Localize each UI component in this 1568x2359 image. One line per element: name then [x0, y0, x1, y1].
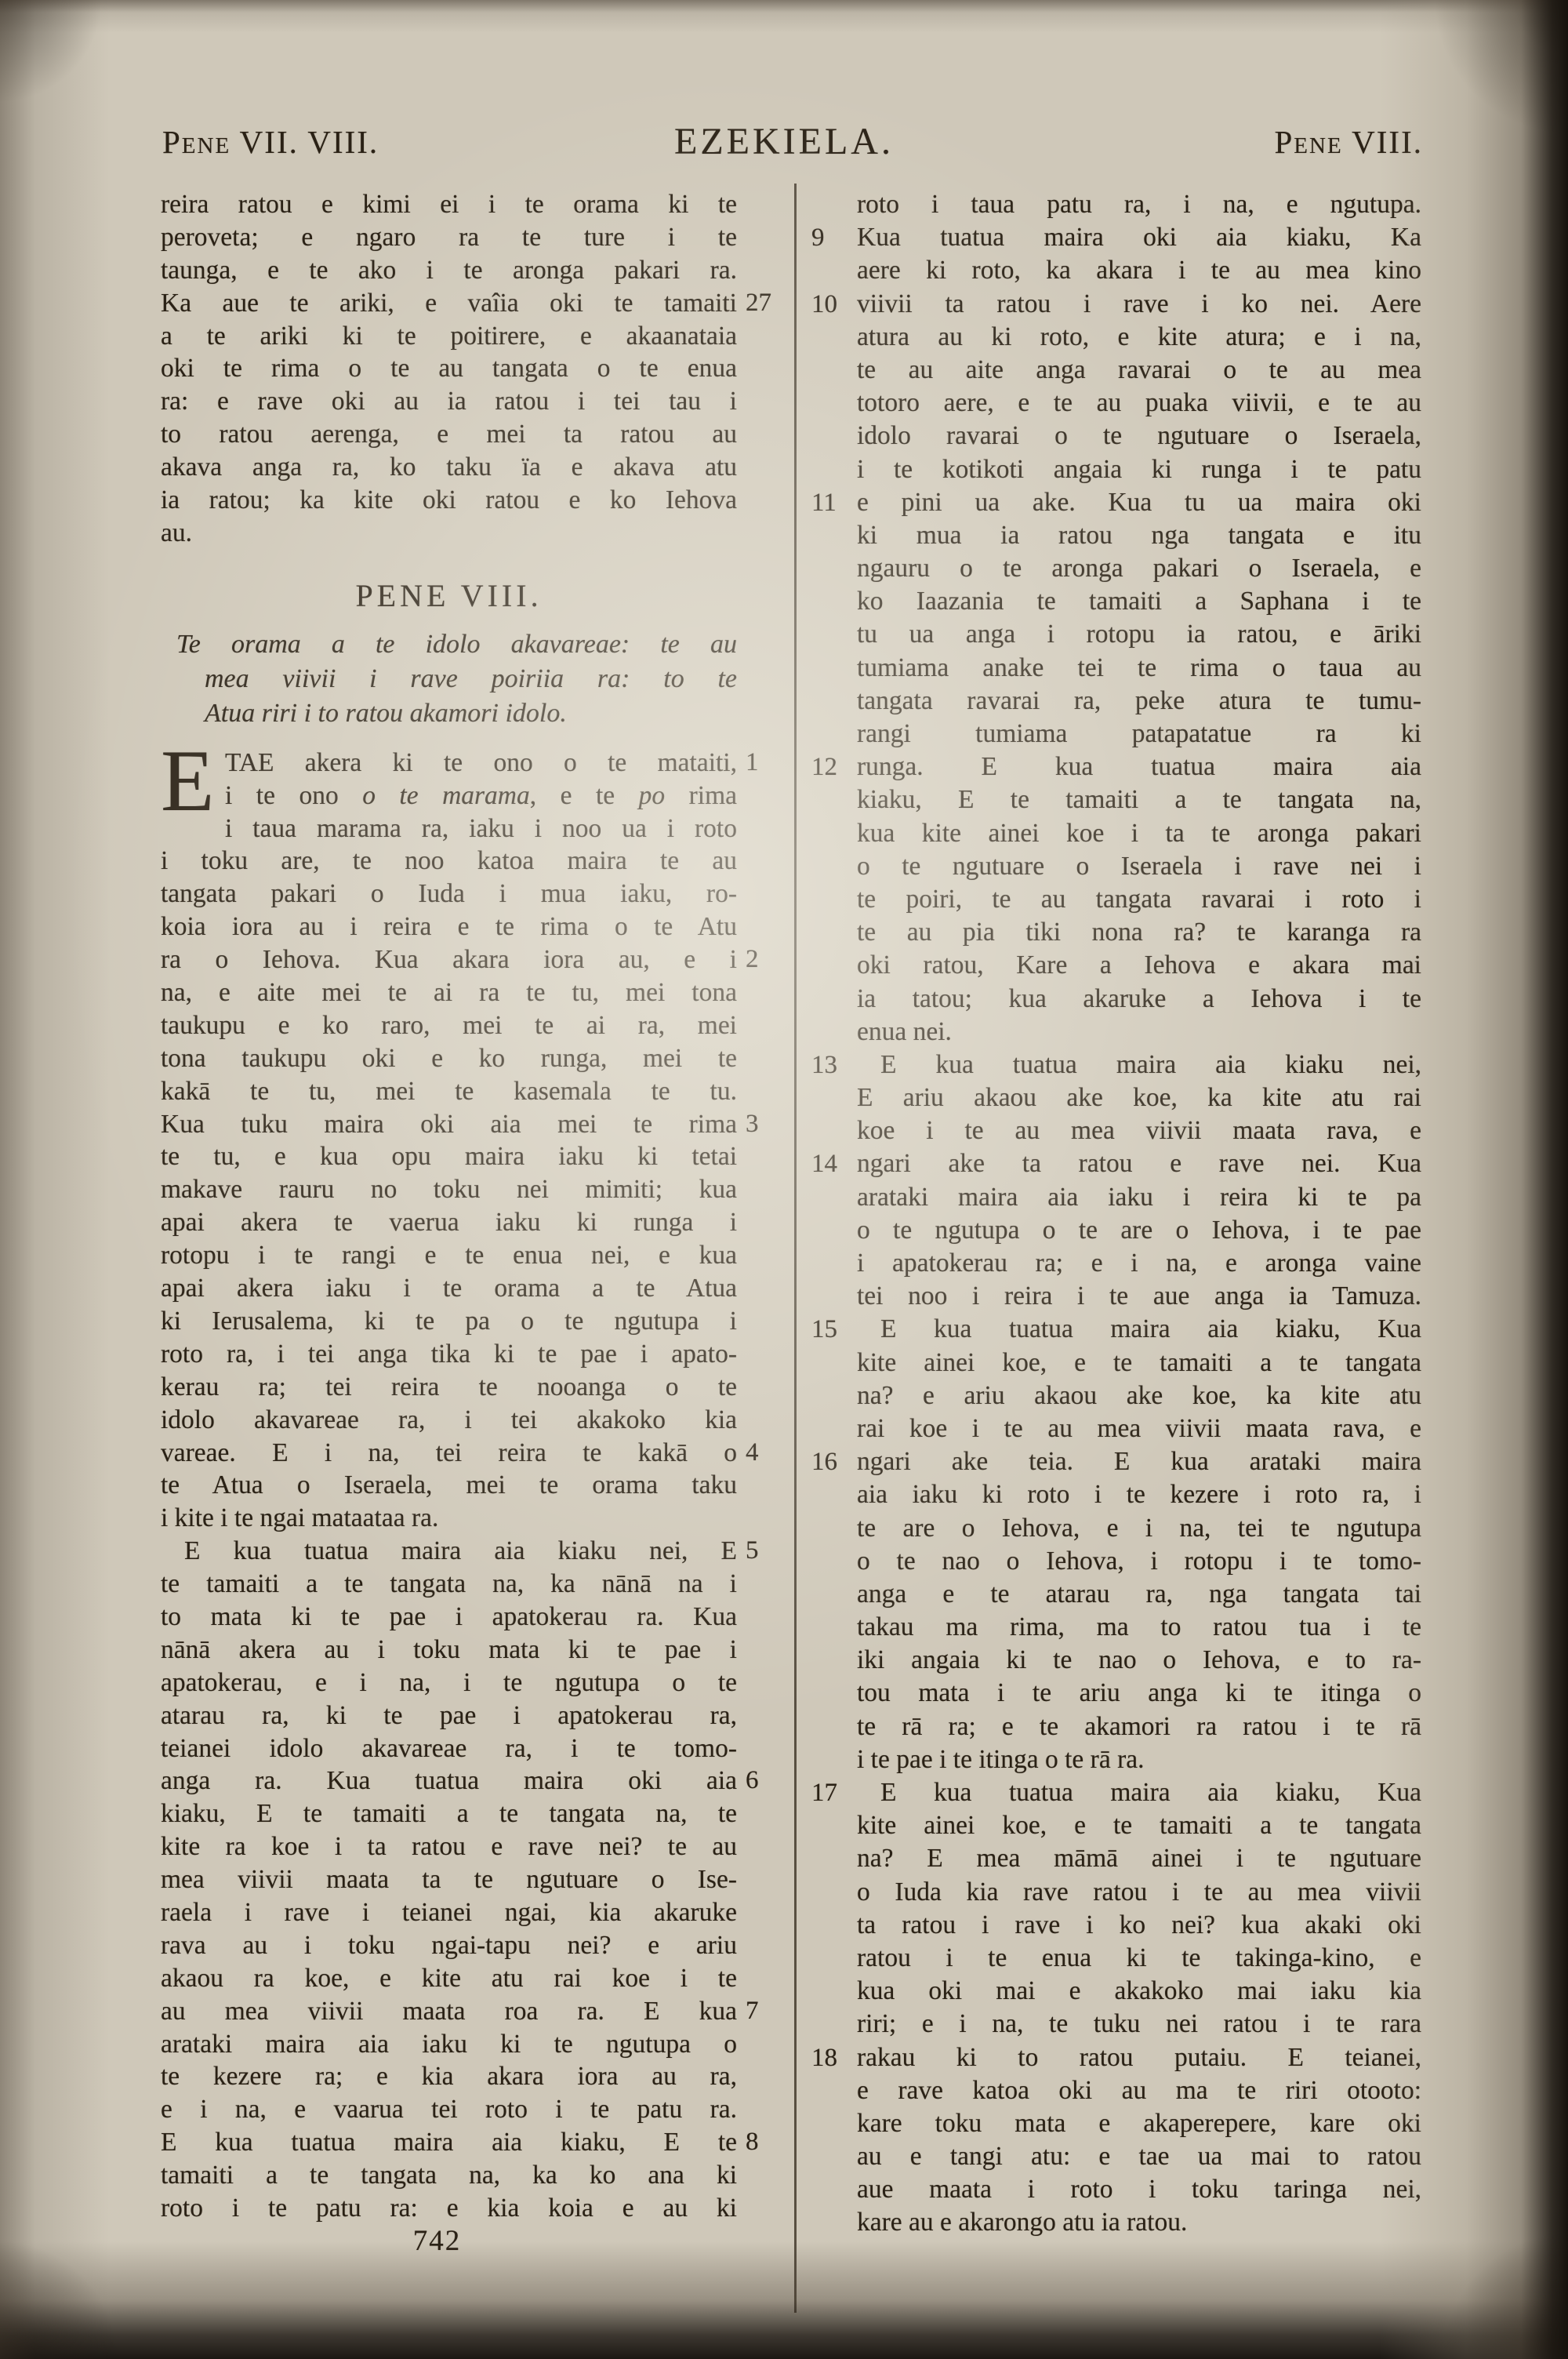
text-line: o te ngutuare o Iseraela i rave nei i [857, 850, 1421, 883]
text-line: ki mua ia ratou nga tangata e itu [857, 519, 1421, 552]
text-line: peroveta; e ngaro ra te ture i te [161, 221, 737, 254]
text-line: arataki maira aia iaku ki te ngutupa o [161, 2028, 737, 2061]
chapter7-continuation: reira ratou e kimi ei i te orama ki tepe… [161, 188, 737, 550]
verse-number: 6 [746, 1765, 782, 1797]
text-line: i te kotikoti angaia ki runga i te patu [857, 453, 1421, 486]
text-line: te kezere ra; e kia akara iora au ra, [161, 2060, 737, 2093]
text-line: atura au ki roto, e kite atura; e i na, [857, 321, 1421, 354]
text-line: kua kite ainei koe i ta te aronga pakari [857, 817, 1421, 850]
text-line: aere ki roto, ka akara i te au mea kino [857, 254, 1421, 287]
text-line: apai akera te vaerua iaku ki runga i [161, 1206, 737, 1239]
text-line: te tu, e kua opu maira iaku ki tetai [161, 1140, 737, 1173]
text-line: E kua tuatua maira aia kiaku nei,13 [857, 1049, 1421, 1081]
text-line: au. [161, 517, 737, 550]
text-line: ia tatou; kua akaruke a Iehova i te [857, 983, 1421, 1016]
text-line: rotopu i te rangi e te enua nei, e kua [161, 1239, 737, 1272]
text-line: e i na, e vaarua tei roto i te patu ra. [161, 2093, 737, 2126]
page-number: 742 [149, 2224, 725, 2258]
text-line: rava au i toku ngai-tapu nei? e ariu [161, 1929, 737, 1962]
text-line: tei noo i reira i te aue anga ia Tamuza. [857, 1280, 1421, 1313]
text-line: i te ono o te marama, e te po rima [161, 780, 737, 812]
text-line: akaou ra koe, e kite atu rai koe i te [161, 1962, 737, 1995]
right-column: roto i taua patu ra, i na, e ngutupa.Kua… [857, 188, 1421, 2240]
text-line: kite ainei koe, e te tamaiti a te tangat… [857, 1809, 1421, 1842]
verse-number: 3 [746, 1108, 782, 1141]
text-line: raela i rave i teianei ngai, kia akaruke [161, 1896, 737, 1929]
verse-number: 12 [811, 751, 844, 783]
verse-number: 27 [746, 287, 782, 320]
text-line: e rave katoa oki au ma te riri otooto: [857, 2074, 1421, 2107]
text-line: kerau ra; tei reira te nooanga o te [161, 1371, 737, 1404]
text-line: rakau ki to ratou putaiu. E teianei,18 [857, 2041, 1421, 2074]
text-line: Kua tuku maira oki aia mei te rima3 [161, 1108, 737, 1141]
text-line: enua nei. [857, 1016, 1421, 1049]
chapter-heading: PENE VIII. [161, 577, 737, 615]
text-line: idolo ravarai o te ngutuare o Iseraela, [857, 420, 1421, 453]
text-line: o Iuda kia rave ratou i te au mea viivii [857, 1876, 1421, 1909]
text-line: kakā te tu, mei te kasemala te tu. [161, 1075, 737, 1108]
text-line: ta ratou i rave i ko nei? kua akaki oki [857, 1909, 1421, 1942]
summary-line: mea viivii i rave poiriia ra: to te [161, 662, 737, 696]
text-line: ra o Iehova. Kua akara iora au, e i2 [161, 943, 737, 976]
text-line: E ariu akaou ake koe, ka kite atu rai [857, 1081, 1421, 1114]
text-line: mea viivii maata ta te ngutuare o Ise- [161, 1863, 737, 1896]
summary-line: Te orama a te idolo akavareae: te au [161, 627, 737, 662]
text-line: ko Iaazania te tamaiti a Saphana i te [857, 585, 1421, 618]
text-line: ngari ake ta ratou e rave nei. Kua14 [857, 1147, 1421, 1180]
verse-number: 16 [811, 1445, 844, 1478]
text-line: apai akera iaku i te orama a te Atua [161, 1272, 737, 1305]
text-line: na? E mea māmā ainei i te ngutuare [857, 1842, 1421, 1875]
text-line: te tamaiti a te tangata na, ka nānā na i [161, 1568, 737, 1601]
text-line: te au pia tiki nona ra? te karanga ra [857, 916, 1421, 949]
text-line: kare au e akarongo atu ia ratou. [857, 2206, 1421, 2239]
verse-number: 2 [746, 943, 782, 976]
verse-number: 18 [811, 2041, 844, 2074]
text-line: nānā akera au i toku mata ki te pae i [161, 1634, 737, 1667]
text-line: teianei idolo akavareae ra, i te tomo- [161, 1732, 737, 1765]
text-line: iki angaia ki te nao o Iehova, e to ra- [857, 1644, 1421, 1677]
book-page: Pene VII. VIII. EZEKIELA. Pene VIII. rei… [0, 0, 1568, 2359]
verse-number: 11 [811, 486, 844, 519]
text-line: akava anga ra, ko taku ïa e akava atu [161, 451, 737, 484]
text-line: tona taukupu oki e ko runga, mei te [161, 1042, 737, 1075]
text-line: idolo akavareae ra, i tei akakoko kia [161, 1404, 737, 1437]
text-line: oki te rima o te au tangata o te enua [161, 352, 737, 385]
text-line: te poiri, te au tangata ravarai i roto i [857, 883, 1421, 916]
text-line: Kua tuatua maira oki aia kiaku, Ka9 [857, 221, 1421, 254]
running-head-right: Pene VIII. [1274, 122, 1423, 162]
text-line: apatokerau, e i na, i te ngutupa o te [161, 1667, 737, 1699]
text-line: i te pae i te itinga o te rā ra. [857, 1743, 1421, 1776]
text-line: ra: e rave oki au ia ratou i tei tau i [161, 385, 737, 418]
text-line: makave rauru no toku nei mimiti; kua [161, 1173, 737, 1206]
verse-number: 1 [746, 747, 782, 780]
verse-number: 8 [746, 2126, 782, 2159]
text-line: taukupu e ko raro, mei te ai ra, mei [161, 1009, 737, 1042]
text-line: E kua tuatua maira aia kiaku nei, E5 [161, 1535, 737, 1568]
text-line: koia iora au i reira e te rima o te Atu [161, 911, 737, 943]
text-line: TAE akera ki te ono o te mataiti,1 [161, 747, 737, 780]
text-line: au e tangi atu: e tae ua mai to ratou [857, 2140, 1421, 2173]
text-line: kiaku, E te tamaiti a te tangata na, [857, 783, 1421, 816]
text-line: rai koe i te au mea viivii maata rava, e [857, 1412, 1421, 1445]
verse-number: 9 [811, 221, 844, 254]
text-line: reira ratou e kimi ei i te orama ki te [161, 188, 737, 221]
text-line: Ka aue te ariki, e vaîia oki te tamaiti2… [161, 287, 737, 320]
text-line: i taua marama ra, iaku i noo ua i roto [161, 812, 737, 845]
text-line: i apatokerau ra; e i na, e aronga vaine [857, 1247, 1421, 1280]
left-column: reira ratou e kimi ei i te orama ki tepe… [161, 188, 737, 2225]
text-line: roto i te patu ra: e kia koia e au ki [161, 2192, 737, 2225]
text-line: te au aite anga ravarai o te au mea [857, 354, 1421, 387]
text-line: tou mata i te ariu anga ki te itinga o [857, 1677, 1421, 1710]
text-line: aue maata i roto i toku taringa nei, [857, 2173, 1421, 2206]
verse-number: 15 [811, 1313, 844, 1346]
text-line: a te ariki ki te poitirere, e akaanataia [161, 320, 737, 353]
text-line: ia ratou; ka kite oki ratou e ko Iehova [161, 484, 737, 517]
text-line: E kua tuatua maira aia kiaku, Kua15 [857, 1313, 1421, 1346]
text-line: tamaiti a te tangata na, ka ko ana ki [161, 2159, 737, 2192]
text-line: runga. E kua tuatua maira aia12 [857, 751, 1421, 783]
text-line: totoro aere, e te au puaka viivii, e te … [857, 387, 1421, 420]
text-line: i toku are, te noo katoa maira te au [161, 845, 737, 878]
text-line: roto i taua patu ra, i na, e ngutupa. [857, 188, 1421, 221]
text-line: tumiama anake tei te rima o taua au [857, 652, 1421, 685]
verse-number: 10 [811, 288, 844, 321]
summary-line: Atua riri i to ratou akamori idolo. [161, 696, 737, 731]
text-line: au mea viivii maata roa ra. E kua7 [161, 1995, 737, 2028]
text-line: na, e aite mei te ai ra te tu, mei tona [161, 976, 737, 1009]
text-line: to ratou aerenga, e mei ta ratou au [161, 418, 737, 451]
text-line: ratou i te enua ki te takinga-kino, e [857, 1942, 1421, 1975]
text-line: te are o Iehova, e i na, tei te ngutupa [857, 1512, 1421, 1545]
text-line: to mata ki te pae i apatokerau ra. Kua [161, 1601, 737, 1634]
text-line: ki Ierusalema, ki te pa o te ngutupa i [161, 1305, 737, 1338]
text-line: kare toku mata e akaperepere, kare oki [857, 2107, 1421, 2140]
text-line: taunga, e te ako i te aronga pakari ra. [161, 254, 737, 287]
verse-number: 14 [811, 1147, 844, 1180]
text-line: ngari ake teia. E kua arataki maira16 [857, 1445, 1421, 1478]
text-line: kite ainei koe, e te tamaiti a te tangat… [857, 1347, 1421, 1379]
text-line: roto ra, i tei anga tika ki te pae i apa… [161, 1338, 737, 1371]
text-line: kite ra koe i ta ratou e rave nei? te au [161, 1830, 737, 1863]
verse-number: 7 [746, 1995, 782, 2028]
text-line: ngauru o te aronga pakari o Iseraela, e [857, 552, 1421, 585]
text-line: vareae. E i na, tei reira te kakā o4 [161, 1437, 737, 1470]
verse-number: 4 [746, 1437, 782, 1470]
text-line: E kua tuatua maira aia kiaku, Kua17 [857, 1776, 1421, 1809]
text-line: te rā ra; e te akamori ra ratou i te rā [857, 1710, 1421, 1743]
text-line: koe i te au mea viivii maata rava, e [857, 1114, 1421, 1147]
text-line: rangi tumiama patapatatue ra ki [857, 718, 1421, 751]
chapter8-text: ETAE akera ki te ono o te mataiti,1i te … [161, 747, 737, 2225]
text-line: te Atua o Iseraela, mei te orama taku [161, 1469, 737, 1502]
text-line: aia iaku ki roto i te kezere i roto ra, … [857, 1478, 1421, 1511]
text-line: o te ngutupa o te are o Iehova, i te pae [857, 1214, 1421, 1247]
text-line: E kua tuatua maira aia kiaku, E te8 [161, 2126, 737, 2159]
text-line: anga ra. Kua tuatua maira oki aia6 [161, 1765, 737, 1797]
verse-number: 17 [811, 1776, 844, 1809]
text-line: riri; e i na, te tuku nei ratou i te rar… [857, 2008, 1421, 2041]
text-line: oki ratou, Kare a Iehova e akara mai [857, 949, 1421, 982]
text-line: kiaku, E te tamaiti a te tangata na, te [161, 1797, 737, 1830]
text-line: atarau ra, ki te pae i apatokerau ra, [161, 1699, 737, 1732]
text-line: viivii ta ratou i rave i ko nei. Aere10 [857, 288, 1421, 321]
text-line: tu ua anga i rotopu ia ratou, e āriki [857, 618, 1421, 651]
text-line: na? e ariu akaou ake koe, ka kite atu [857, 1379, 1421, 1412]
text-line: anga e te atarau ra, nga tangata tai [857, 1578, 1421, 1611]
verse-number: 13 [811, 1049, 844, 1081]
text-line: takau ma rima, ma to ratou tua i te [857, 1611, 1421, 1644]
text-line: kua oki mai e akakoko mai iaku kia [857, 1975, 1421, 2008]
text-line: tangata ravarai ra, peke atura te tumu- [857, 685, 1421, 718]
text-line: arataki maira aia iaku i reira ki te pa [857, 1181, 1421, 1214]
text-line: tangata pakari o Iuda i mua iaku, ro- [161, 878, 737, 911]
text-line: e pini ua ake. Kua tu ua maira oki11 [857, 486, 1421, 519]
text-line: o te nao o Iehova, i rotopu i te tomo- [857, 1545, 1421, 1578]
chapter-summary: Te orama a te idolo akavareae: te aumea … [161, 627, 737, 731]
text-line: i kite i te ngai mataataa ra. [161, 1502, 737, 1535]
verse-number: 5 [746, 1535, 782, 1568]
column-divider [794, 184, 797, 2313]
